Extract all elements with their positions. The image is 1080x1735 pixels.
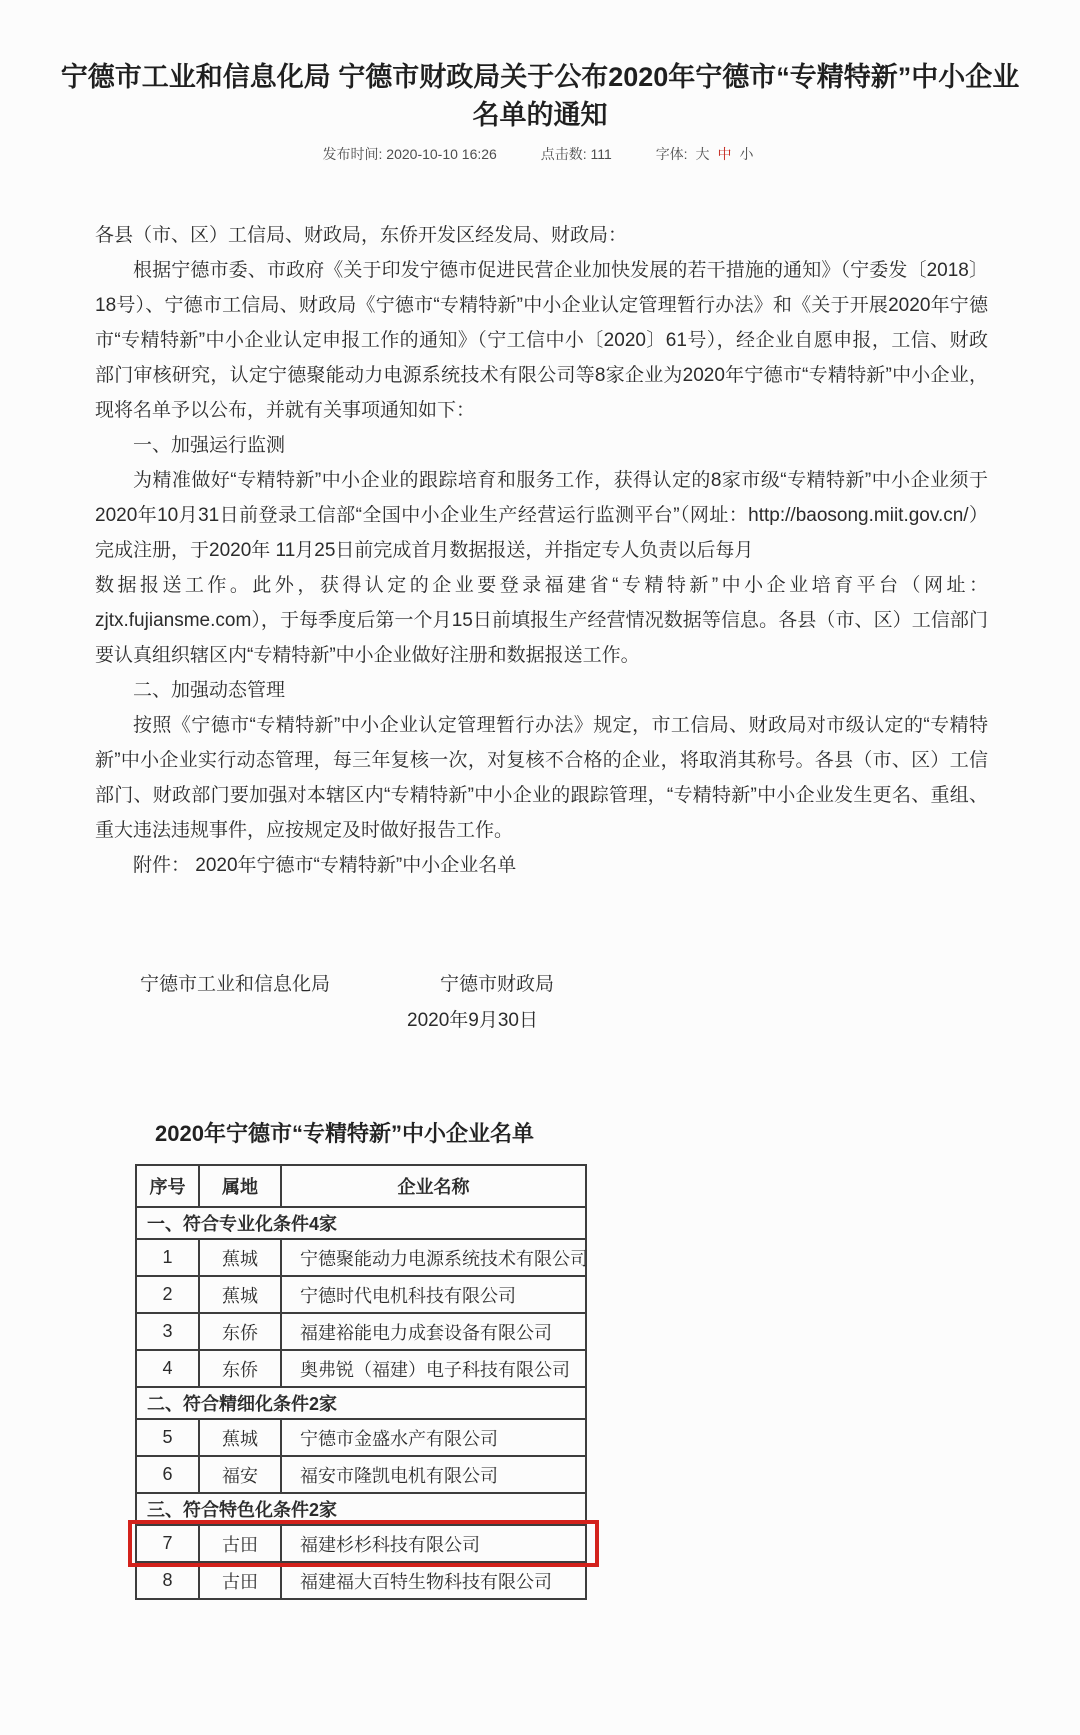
publish-time: 发布时间: 2020-10-10 16:26 [323,146,497,162]
paragraph-reporting: 数据报送工作。此外，获得认定的企业要登录福建省“专精特新”中小企业培育平台（网址… [95,568,988,673]
table-row: 2 蕉城 宁德时代电机科技有限公司 [136,1276,586,1313]
table-row: 4 东侨 奥弗锐（福建）电子科技有限公司 [136,1350,586,1387]
section-row-specialized: 一、符合专业化条件4家 [136,1207,586,1239]
table-header-row: 序号 属地 企业名称 [136,1165,586,1207]
hit-count: 点击数: 111 [541,146,612,162]
signature-block: 宁德市工业和信息化局 宁德市财政局 2020年9月30日 [95,969,985,1045]
column-header-region: 属地 [199,1165,281,1207]
table-row: 1 蕉城 宁德聚能动力电源系统技术有限公司 [136,1239,586,1276]
company-table-wrapper: 序号 属地 企业名称 一、符合专业化条件4家 1 蕉城 宁德聚能动力电源系统技术… [135,1164,585,1600]
font-size-switcher: 字体: 大中小 [656,146,758,162]
font-size-label: 字体: [656,146,688,162]
signing-date: 2020年9月30日 [407,1005,538,1032]
section-heading-2: 二、加强动态管理 [95,673,988,708]
paragraph-dynamic-management: 按照《宁德市“专精特新”中小企业认定管理暂行办法》规定，市工信局、财政局对市级认… [95,708,988,848]
attachment-table-title: 2020年宁德市“专精特新”中小企业名单 [155,1117,1080,1148]
salutation: 各县（市、区）工信局、财政局，东侨开发区经发局、财政局： [95,218,988,253]
table-row-highlighted: 7 古田 福建杉杉科技有限公司 [136,1525,586,1562]
publish-time-label: 发布时间: [323,146,383,162]
table-row: 8 古田 福建福大百特生物科技有限公司 [136,1562,586,1599]
font-size-small[interactable]: 小 [739,146,753,162]
signing-org-industry: 宁德市工业和信息化局 [140,969,330,996]
table-row: 5 蕉城 宁德市金盛水产有限公司 [136,1419,586,1456]
paragraph-basis: 根据宁德市委、市政府《关于印发宁德市促进民营企业加快发展的若干措施的通知》（宁委… [95,253,988,428]
hit-count-value: 111 [591,146,612,162]
document-body: 各县（市、区）工信局、财政局，东侨开发区经发局、财政局： 根据宁德市委、市政府《… [95,218,988,883]
hit-count-label: 点击数: [541,146,587,162]
page-title: 宁德市工业和信息化局 宁德市财政局关于公布2020年宁德市“专精特新”中小企业名… [60,58,1020,134]
meta-bar: 发布时间: 2020-10-10 16:26 点击数: 111 字体: 大中小 [0,144,1080,164]
column-header-seq: 序号 [136,1165,199,1207]
attachment-section: 2020年宁德市“专精特新”中小企业名单 序号 属地 企业名称 一、符合专业化条… [135,1117,1080,1600]
document-page: 宁德市工业和信息化局 宁德市财政局关于公布2020年宁德市“专精特新”中小企业名… [0,0,1080,1735]
section-row-refined: 二、符合精细化条件2家 [136,1387,586,1419]
font-size-large[interactable]: 大 [695,146,709,162]
section-row-characteristic: 三、符合特色化条件2家 [136,1493,586,1525]
section-heading-1: 一、加强运行监测 [95,428,988,463]
publish-time-value: 2020-10-10 16:26 [386,146,497,162]
company-table: 序号 属地 企业名称 一、符合专业化条件4家 1 蕉城 宁德聚能动力电源系统技术… [135,1164,587,1600]
attachment-reference: 附件： 2020年宁德市“专精特新”中小企业名单 [95,848,988,883]
paragraph-monitoring: 为精准做好“专精特新”中小企业的跟踪培育和服务工作，获得认定的8家市级“专精特新… [95,463,988,568]
column-header-company: 企业名称 [281,1165,586,1207]
font-size-medium[interactable]: 中 [717,146,731,162]
table-row: 3 东侨 福建裕能电力成套设备有限公司 [136,1313,586,1350]
table-row: 6 福安 福安市隆凯电机有限公司 [136,1456,586,1493]
signing-org-finance: 宁德市财政局 [440,969,554,996]
